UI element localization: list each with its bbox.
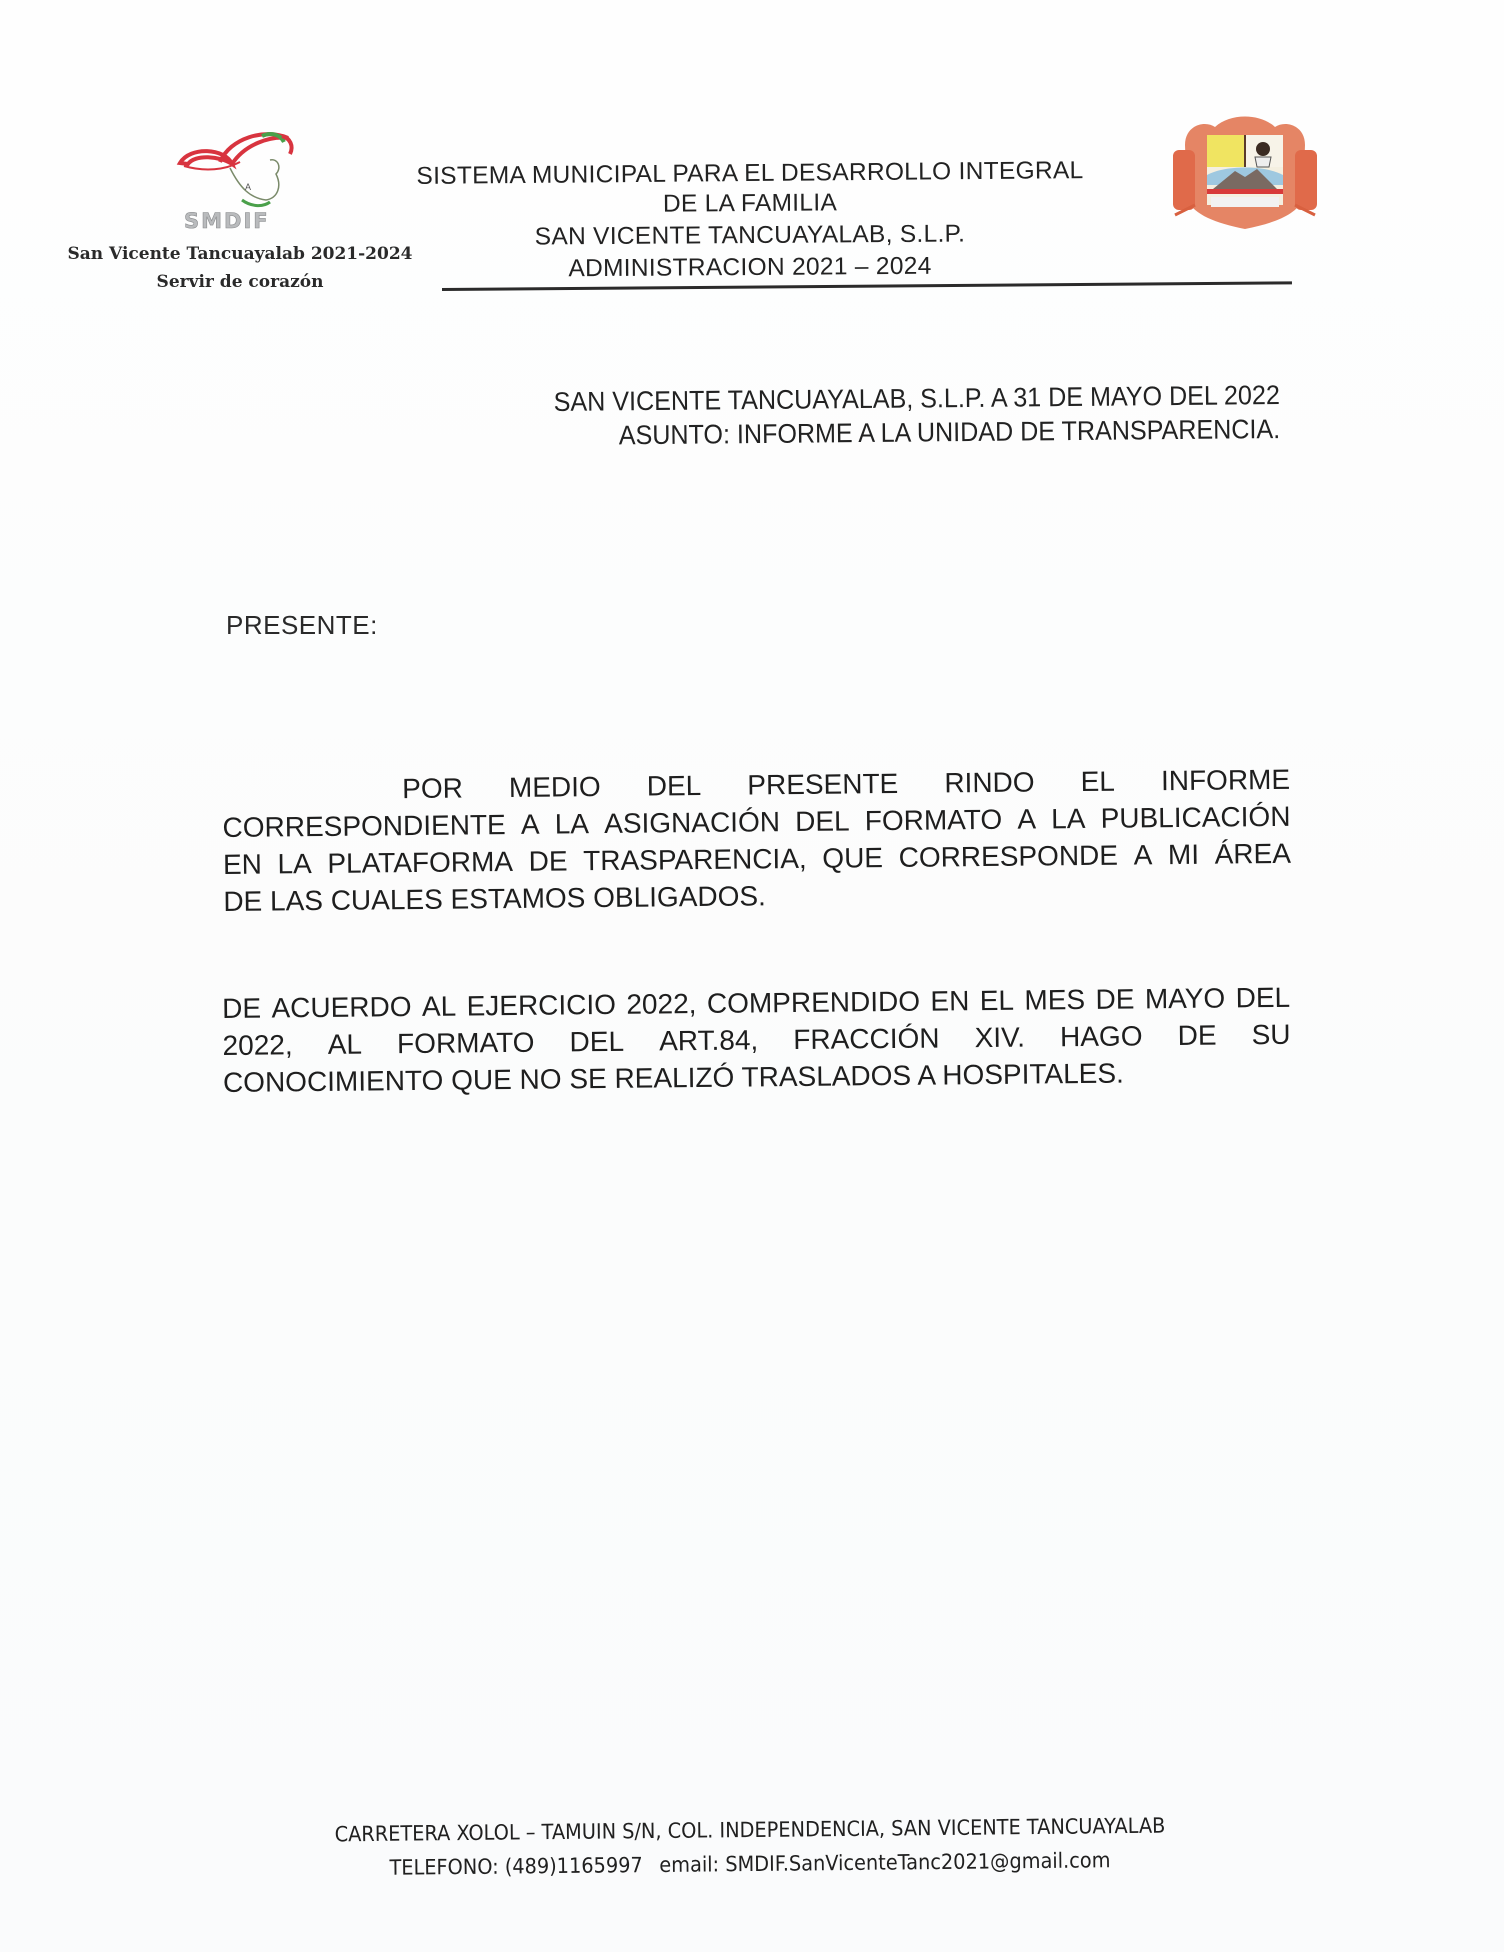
footer-phone: TELEFONO: (489)1165997 xyxy=(389,1853,643,1880)
header-title-line-4: ADMINISTRACION 2021 – 2024 xyxy=(370,251,1130,284)
svg-text:SMDIF: SMDIF xyxy=(184,209,270,233)
footer-email: email: SMDIF.SanVicenteTanc2021@gmail.co… xyxy=(659,1848,1110,1877)
svg-text:A: A xyxy=(245,182,251,192)
header-title-line-3: SAN VICENTE TANCUAYALAB, S.L.P. xyxy=(370,219,1130,252)
subject-line: ASUNTO: INFORME A LA UNIDAD DE TRANSPARE… xyxy=(619,414,1281,451)
body-paragraph-2: DEACUERDOALEJERCICIO2022,COMPRENDIDOENEL… xyxy=(222,979,1291,1101)
salutation: PRESENTE: xyxy=(226,610,378,641)
footer-address: CARRETERA XOLOL – TAMUIN S/N, COL. INDEP… xyxy=(281,1813,1220,1847)
header-title-line-1: SISTEMA MUNICIPAL PARA EL DESARROLLO INT… xyxy=(370,157,1130,192)
header-title-line-2: DE LA FAMILIA xyxy=(370,187,1130,220)
document-page: A SMDIF San Vicente Tancuayalab 2021-202… xyxy=(0,0,1504,1952)
logo-caption-years: San Vicente Tancuayalab 2021-2024 xyxy=(60,244,420,264)
logo-caption-slogan: Servir de corazón xyxy=(60,272,420,292)
municipal-crest-icon xyxy=(1165,105,1325,240)
body-paragraph-1: PORMEDIODELPRESENTERINDOELINFORME CORRES… xyxy=(222,761,1291,920)
place-date: SAN VICENTE TANCUAYALAB, S.L.P. A 31 DE … xyxy=(554,380,1280,418)
smdif-logo-icon: A SMDIF xyxy=(170,128,320,238)
footer-contact: TELEFONO: (489)1165997email: SMDIF.SanVi… xyxy=(281,1847,1220,1881)
